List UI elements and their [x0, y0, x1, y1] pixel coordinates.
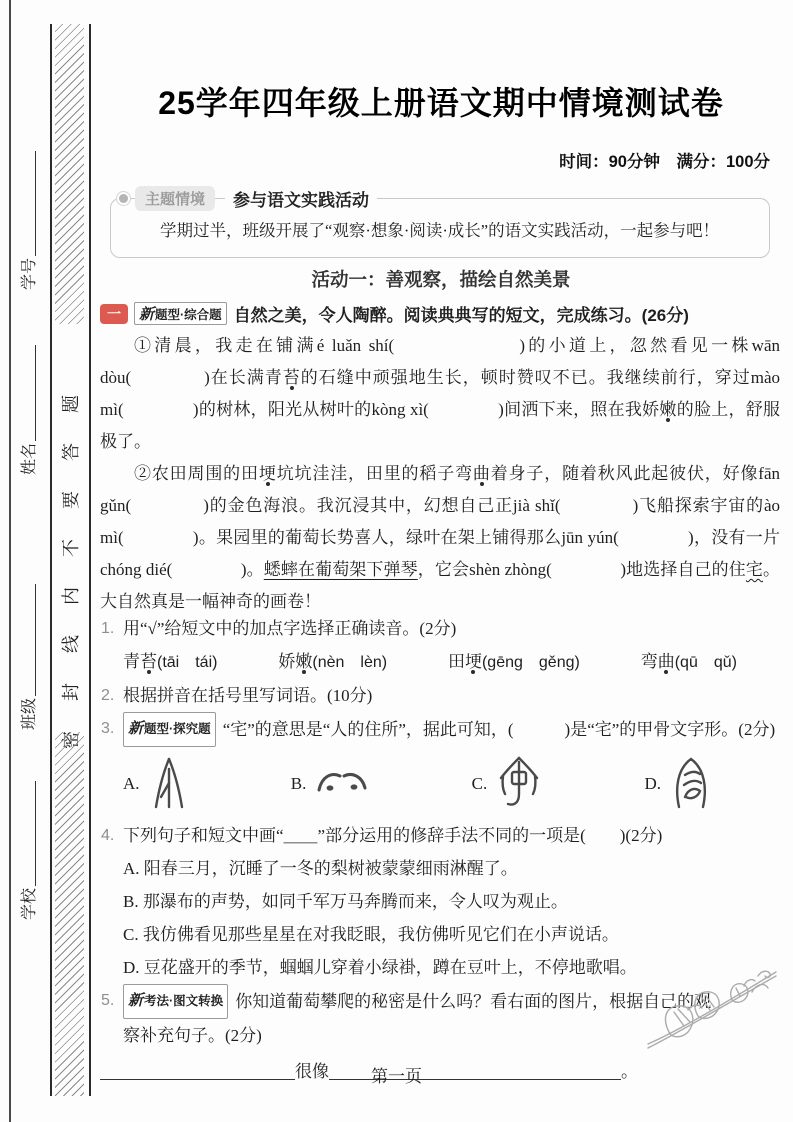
student-no-label: 学号: [16, 137, 39, 290]
question-2-number: 2.: [101, 679, 114, 712]
q4-option-a[interactable]: A. 阳春三月，沉睡了一冬的梨树被蒙蒙细雨淋醒了。: [100, 852, 782, 885]
theme-badge: 主题情境: [135, 186, 215, 211]
q1-word-choices: 青苔(tāi tái) 娇嫩(nèn lèn) 田埂(gēng gěng) 弯曲…: [123, 645, 782, 679]
q1-word-tiangeng[interactable]: 田埂(gēng gěng): [448, 645, 580, 679]
section-number-badge: 一: [100, 304, 128, 324]
question-5-number: 5.: [101, 984, 114, 1017]
grape-vine-illustration-icon: [640, 964, 780, 1064]
q5-tag: 新考法·图文转换: [123, 984, 228, 1019]
q3-option-d[interactable]: D.: [644, 755, 711, 811]
class-label: 班级: [16, 573, 39, 730]
new-question-type-tag: 新题型·综合题: [134, 302, 227, 325]
bullet-circle-icon: [119, 194, 128, 203]
q1-word-wanqu[interactable]: 弯曲(qū qǔ): [641, 645, 737, 679]
q4-option-c[interactable]: C. 我仿佛看见那些星星在对我眨眼，我仿佛听见它们在小声说话。: [100, 918, 782, 951]
student-no-blank[interactable]: [21, 151, 36, 256]
name-blank[interactable]: [21, 345, 36, 441]
question-1-text: 用“√”给短文中的加点字选择正确读音。(2分): [123, 612, 782, 645]
tag-rest: 题型·综合题: [155, 305, 222, 323]
question-3-text: 新题型·探究题“宅”的意思是“人的住所”，据此可知，( )是“宅”的甲骨文字形。…: [123, 712, 782, 747]
question-5-text: 新考法·图文转换你知道葡萄攀爬的秘密是什么吗？看右面的图片，根据自己的观察补充句…: [123, 984, 723, 1052]
hatch-pattern-top: [55, 24, 84, 324]
section1-header: 一 新题型·综合题 自然之美，令人陶醉。阅读典典写的短文，完成练习。(26分): [100, 301, 782, 326]
oracle-glyph-c-icon: [497, 754, 541, 812]
theme-header: 主题情境 参与语文实践活动: [119, 186, 377, 211]
passage-paragraph-1: ①清晨，我走在铺满é luǎn shí( )的小道上，忽然看见一株wān dòu…: [100, 330, 780, 458]
question-3-number: 3.: [101, 712, 114, 745]
question-4-text: 下列句子和短文中画“＿＿”部分运用的修辞手法不同的一项是( )(2分): [123, 819, 782, 852]
name-text: 姓名: [21, 443, 38, 475]
oracle-glyph-b-icon: [316, 766, 368, 800]
question-1-number: 1.: [101, 612, 114, 645]
reading-passage: ①清晨，我走在铺满é luǎn shí( )的小道上，忽然看见一株wān dòu…: [100, 330, 780, 618]
theme-box: 主题情境 参与语文实践活动 学期过半，班级开展了“观察·想象·阅读·成长”的语文…: [110, 198, 770, 258]
theme-title: 参与语文实践活动: [225, 186, 377, 211]
q3-tag: 新题型·探究题: [123, 712, 216, 747]
page-title: 25学年四年级上册语文期中情境测试卷: [100, 78, 782, 124]
tag-xin: 新: [139, 303, 154, 324]
question-2: 2. 根据拼音在括号里写词语。(10分): [100, 679, 782, 712]
hatch-pattern-bottom: [55, 732, 84, 1096]
exam-page: 学号 姓名 班级 学校 密封线内不要答题 25学年四年级上册语文期中情境测试卷 …: [0, 0, 793, 1122]
question-list: 1. 用“√”给短文中的加点字选择正确读音。(2分) 青苔(tāi tái) 娇…: [100, 612, 782, 1088]
q4-option-b[interactable]: B. 那瀑布的声势，如同千军万马奔腾而来，令人叹为观止。: [100, 885, 782, 918]
question-1: 1. 用“√”给短文中的加点字选择正确读音。(2分) 青苔(tāi tái) 娇…: [100, 612, 782, 679]
question-2-text: 根据拼音在括号里写词语。(10分): [123, 679, 782, 712]
school-blank[interactable]: [21, 781, 36, 886]
oracle-glyph-a-icon: [150, 755, 188, 811]
activity-heading: 活动一：善观察，描绘自然美景: [100, 266, 782, 292]
q3-option-b[interactable]: B.: [291, 766, 369, 800]
page-footer: 第一页: [0, 1062, 793, 1087]
school-label: 学校: [16, 767, 39, 920]
oracle-glyph-d-icon: [671, 755, 711, 811]
exam-meta: 时间：90分钟 满分：100分: [559, 148, 770, 172]
q3-option-a[interactable]: A.: [123, 755, 188, 811]
class-blank[interactable]: [21, 584, 36, 696]
question-4-number: 4.: [101, 819, 114, 852]
q3-oracle-options: A. B.: [100, 747, 711, 819]
q1-word-jiaonen[interactable]: 娇嫩(nèn lèn): [278, 645, 387, 679]
school-text: 学校: [21, 888, 38, 920]
name-label: 姓名: [16, 330, 39, 475]
class-text: 班级: [21, 698, 38, 730]
section1-title: 自然之美，令人陶醉。阅读典典写的短文，完成练习。(26分): [234, 301, 689, 326]
seal-line-column: 密封线内不要答题: [50, 24, 91, 1096]
question-4: 4. 下列句子和短文中画“＿＿”部分运用的修辞手法不同的一项是( )(2分): [100, 819, 782, 852]
question-3: 3. 新题型·探究题“宅”的意思是“人的住所”，据此可知，( )是“宅”的甲骨文…: [100, 712, 782, 747]
student-no-text: 学号: [21, 258, 38, 290]
q3-option-c[interactable]: C.: [472, 754, 542, 812]
q1-word-qingtai[interactable]: 青苔(tāi tái): [123, 645, 217, 679]
seal-line-text: 密封线内不要答题: [57, 342, 83, 772]
passage-paragraph-2: ②农田周围的田埂坑坑洼洼，田里的稻子弯曲着身子，随着秋风此起彼伏，好像fān g…: [100, 458, 780, 618]
page-edge-line: [9, 0, 11, 1122]
